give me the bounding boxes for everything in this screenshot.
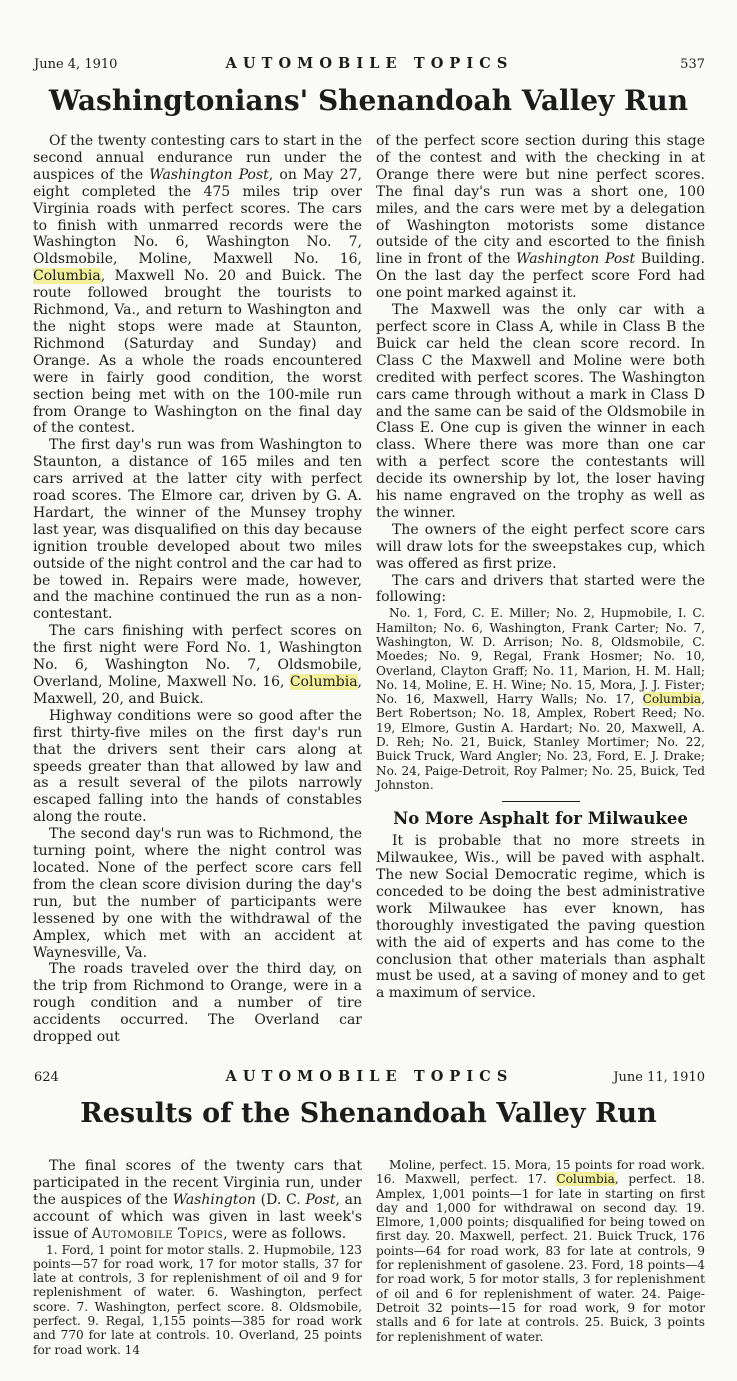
paragraph: The final scores of the twenty cars that… [33, 1158, 362, 1243]
paragraph: Moline, perfect. 15. Mora, 15 points for… [376, 1158, 705, 1344]
issue-date: June 4, 1910 [34, 57, 154, 72]
paragraph: Highway conditions were so good after th… [33, 708, 362, 826]
paragraph: 1. Ford, 1 point for motor stalls. 2. Hu… [33, 1243, 362, 1357]
article-title-results-run: Results of the Shenandoah Valley Run [0, 1098, 737, 1129]
article1-columns: Of the twenty contesting cars to start i… [33, 133, 705, 1046]
search-highlight: Columbia [33, 268, 101, 284]
page2-running-header: 624 AUTOMOBILE TOPICS June 11, 1910 [34, 1068, 705, 1085]
paragraph: The Maxwell was the only car with a perf… [376, 302, 705, 522]
section-divider [502, 801, 580, 802]
search-highlight: Columbia [643, 692, 701, 706]
article1-right-column: of the perfect score section during this… [376, 133, 705, 1046]
journal-name: AUTOMOBILE TOPICS [154, 1068, 585, 1085]
article1-left-column: Of the twenty contesting cars to start i… [33, 133, 362, 1046]
paragraph: The roads traveled over the third day, o… [33, 961, 362, 1046]
paragraph: of the perfect score section during this… [376, 133, 705, 302]
issue-date: June 11, 1910 [585, 1070, 705, 1085]
article2-columns: The final scores of the twenty cars that… [33, 1158, 705, 1357]
page-number: 537 [585, 57, 705, 72]
paragraph: It is probable that no more streets in M… [376, 833, 705, 1002]
search-highlight: Columbia [556, 1172, 614, 1186]
paragraph: The owners of the eight perfect score ca… [376, 522, 705, 573]
magazine-page-scan: June 4, 1910 AUTOMOBILE TOPICS 537 Washi… [0, 0, 737, 1381]
page1-running-header: June 4, 1910 AUTOMOBILE TOPICS 537 [34, 55, 705, 72]
article2-left-column: The final scores of the twenty cars that… [33, 1158, 362, 1357]
paragraph: The first day's run was from Washington … [33, 437, 362, 623]
article2-right-column: Moline, perfect. 15. Mora, 15 points for… [376, 1158, 705, 1357]
paragraph: Of the twenty contesting cars to start i… [33, 133, 362, 437]
paragraph: No. 1, Ford, C. E. Miller; No. 2, Hupmob… [376, 606, 705, 792]
article-title-washingtonians-run: Washingtonians' Shenandoah Valley Run [0, 84, 737, 117]
subheading: No More Asphalt for Milwaukee [376, 809, 705, 828]
paragraph: The cars and drivers that started were t… [376, 573, 705, 607]
search-highlight: Columbia [290, 674, 358, 690]
paragraph: The second day's run was to Richmond, th… [33, 826, 362, 961]
page-number: 624 [34, 1070, 154, 1085]
journal-name: AUTOMOBILE TOPICS [154, 55, 585, 72]
paragraph: The cars finishing with perfect scores o… [33, 623, 362, 708]
